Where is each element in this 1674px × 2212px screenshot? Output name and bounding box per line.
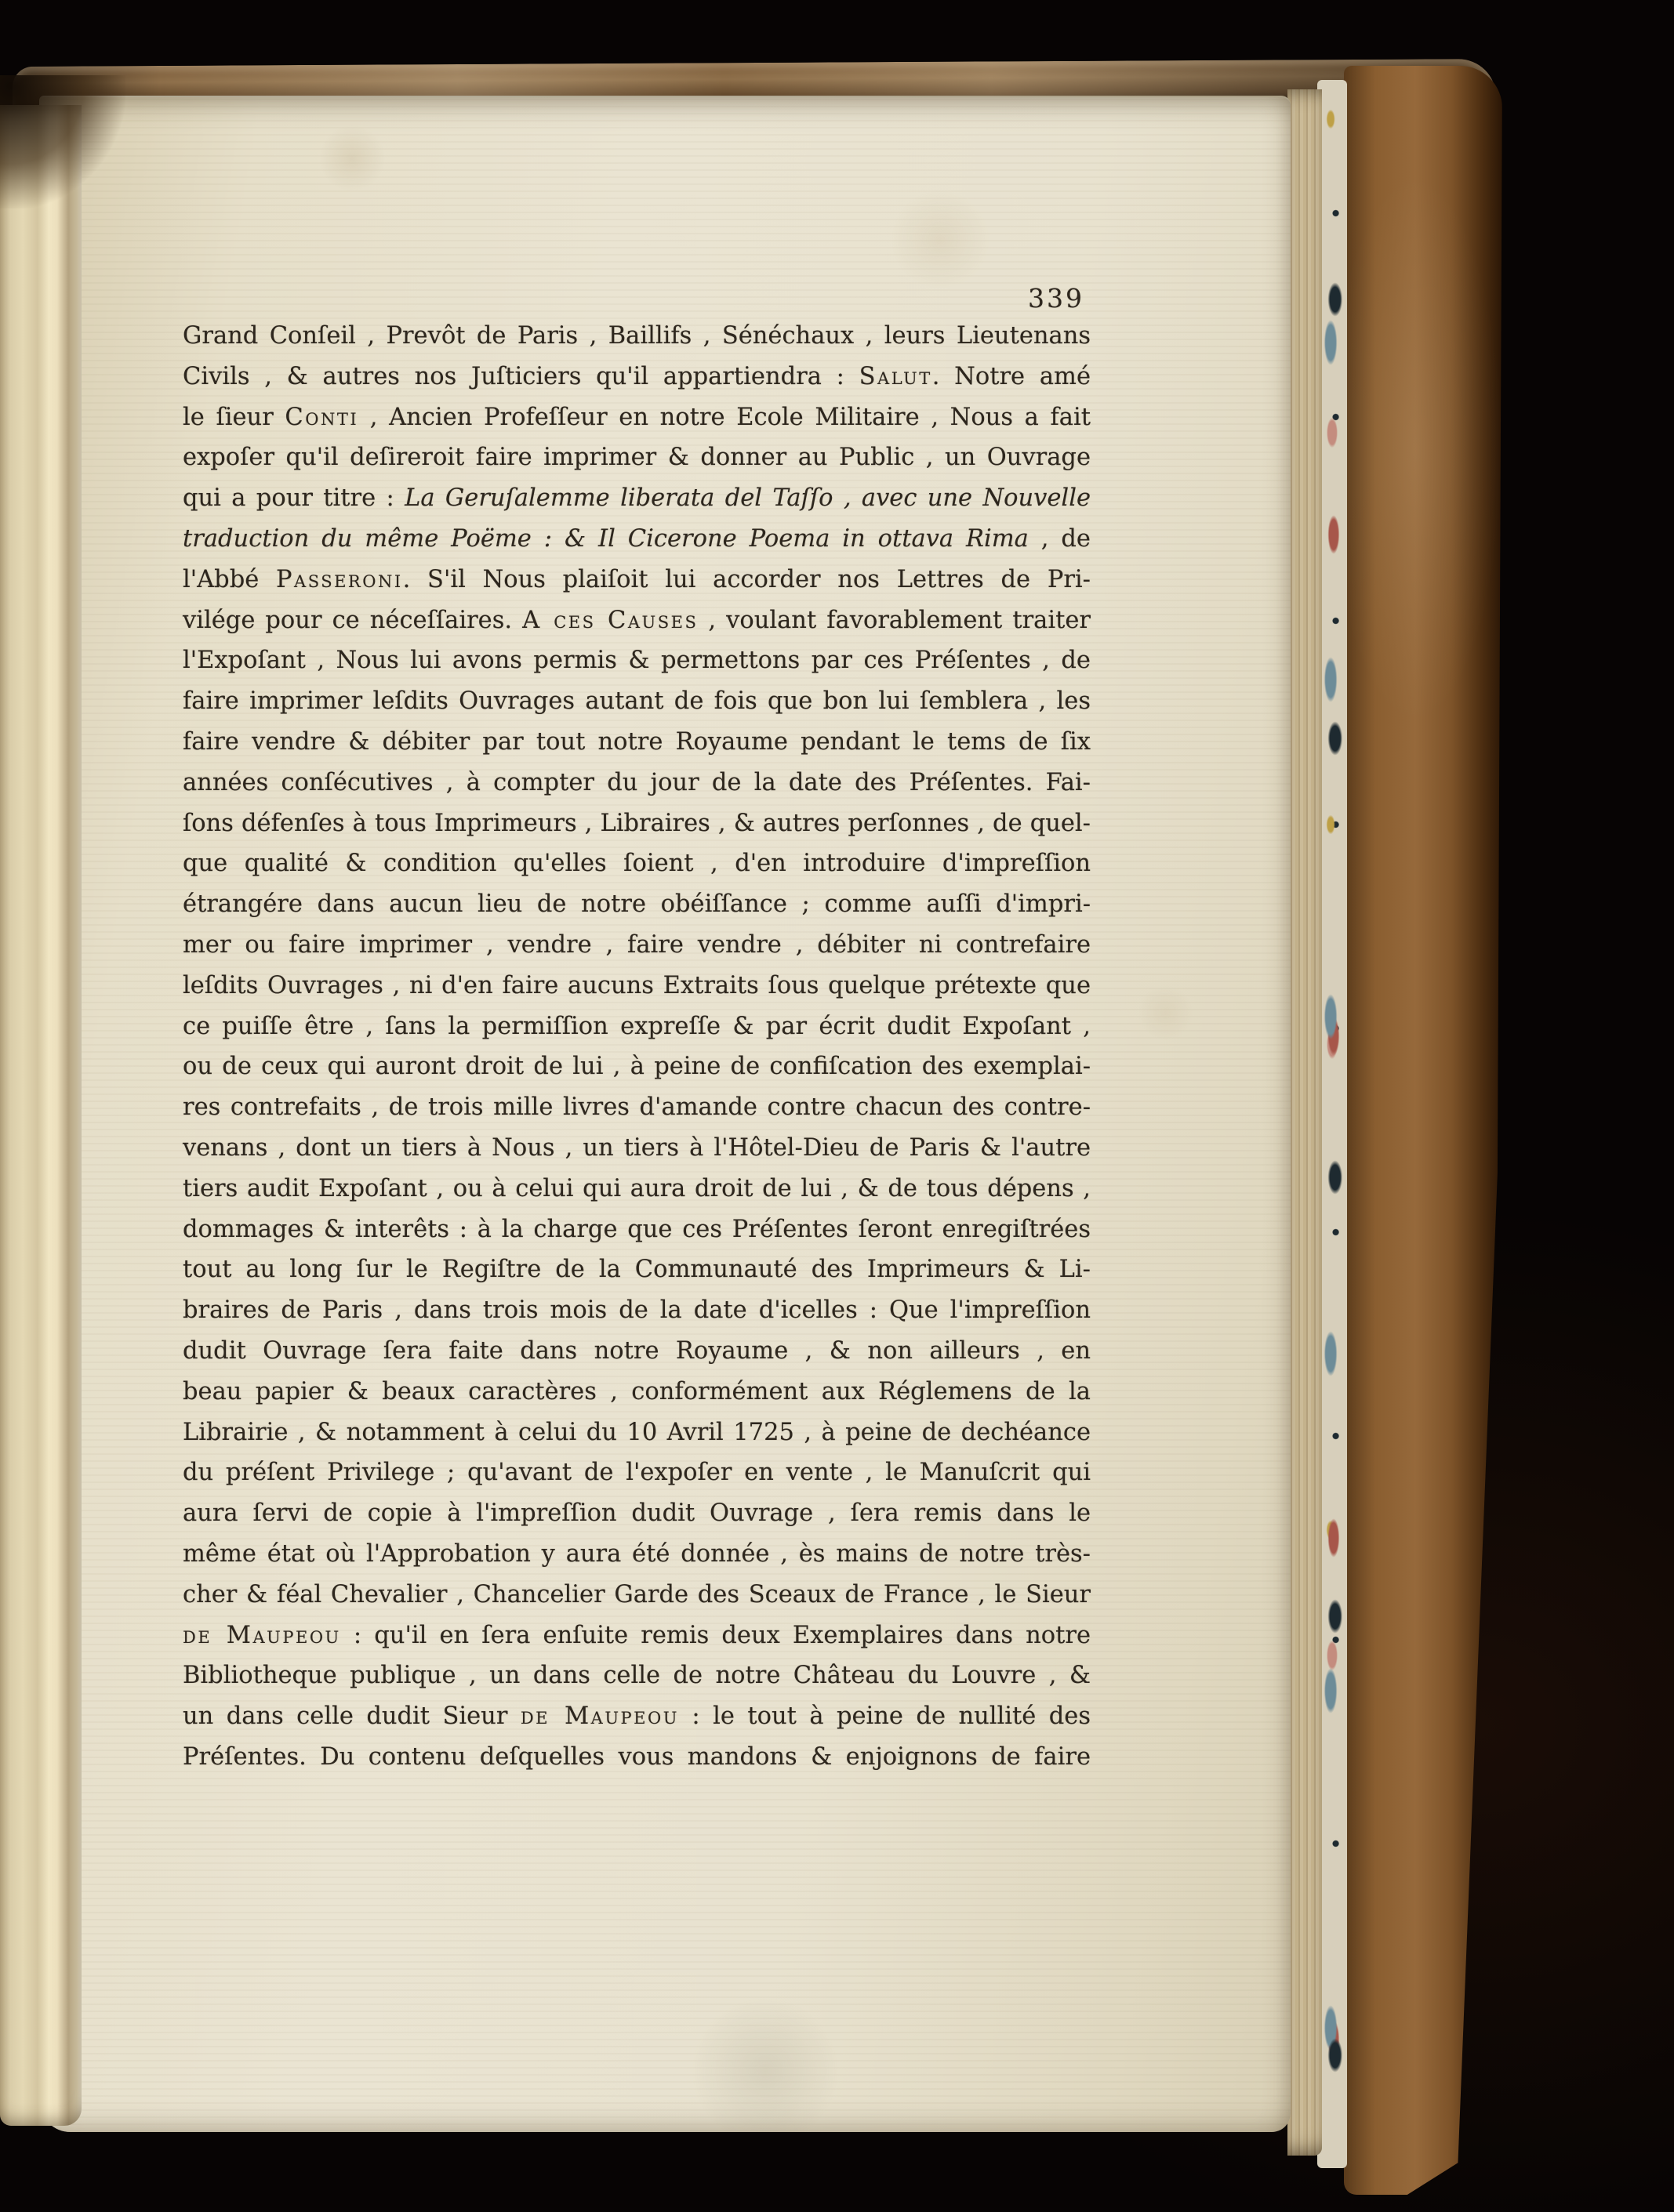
text-segment: dommages & interêts : à la charge que ce… [183, 1216, 1091, 1243]
text-segment: leſdits Ouvrages , ni d'en faire aucuns … [183, 972, 1091, 999]
text-segment: : qu'il en ſera enſuite remis deux Exemp… [341, 1622, 1091, 1649]
text-segment: de Maupeou [521, 1703, 679, 1730]
text-segment: Librairie , & notamment à celui du 10 Av… [183, 1419, 1091, 1446]
text-line: du préſent Privilege ; qu'avant de l'exp… [183, 1452, 1091, 1493]
text-segment: étrangére dans aucun lieu de notre obéiſ… [183, 890, 1091, 918]
text-segment: Préſentes. Du contenu deſquelles vous ma… [183, 1743, 1091, 1771]
text-line: Librairie , & notamment à celui du 10 Av… [183, 1412, 1091, 1453]
text-segment: A ces Causes [522, 607, 698, 634]
book-cover-right-leather [1344, 66, 1502, 2195]
text-line: res contrefaits , de trois mille livres … [183, 1087, 1091, 1128]
text-segment: Civils , & autres nos Juſticiers qu'il a… [183, 363, 859, 390]
text-segment: res contrefaits , de trois mille livres … [183, 1093, 1091, 1121]
text-segment: : le tout à peine de nullité des [679, 1703, 1091, 1730]
text-segment: l'Abbé [183, 566, 276, 593]
text-line: faire imprimer leſdits Ouvrages autant d… [183, 681, 1091, 722]
text-line: vilége pour ce néceſſaires. A ces Causes… [183, 600, 1091, 641]
text-segment: braires de Paris , dans trois mois de la… [183, 1296, 1091, 1324]
text-segment: expoſer qu'il deſireroit faire imprimer … [183, 444, 1091, 471]
text-line: cher & féal Chevalier , Chancelier Garde… [183, 1575, 1091, 1615]
text-segment: . S'il Nous plaiſoit lui accorder nos Le… [403, 566, 1091, 593]
text-segment: mer ou faire imprimer , vendre , faire v… [183, 931, 1091, 959]
text-line: l'Expoſant , Nous lui avons permis & per… [183, 640, 1091, 681]
text-segment: Bibliotheque publique , un dans celle de… [183, 1662, 1091, 1689]
text-block: Grand Conſeil , Prevôt de Paris , Bailli… [183, 316, 1091, 1778]
text-segment: Conti [285, 404, 358, 431]
scan-canvas: { "document": { "page_number": "339", "l… [0, 0, 1674, 2212]
text-segment: vilége pour ce néceſſaires. [183, 607, 522, 634]
text-segment: ſons défenſes à tous Imprimeurs , Librai… [183, 810, 1091, 837]
page-number: 339 [183, 285, 1084, 313]
text-line: l'Abbé Passeroni. S'il Nous plaiſoit lui… [183, 560, 1091, 600]
text-segment: traduction du même Poëme : & Il Cicerone… [183, 525, 1029, 553]
text-segment: faire imprimer leſdits Ouvrages autant d… [183, 687, 1091, 715]
text-line: tout au long ſur le Regiſtre de la Commu… [183, 1249, 1091, 1290]
text-segment: du préſent Privilege ; qu'avant de l'exp… [183, 1459, 1091, 1486]
text-segment: faire vendre & débiter par tout notre Ro… [183, 728, 1091, 756]
text-line: années conſécutives , à compter du jour … [183, 763, 1091, 803]
text-segment: que qualité & condition qu'elles ſoient … [183, 850, 1091, 877]
text-segment: même état où l'Approbation y aura été do… [183, 1540, 1091, 1568]
page-stack-edge [1287, 89, 1322, 2156]
text-line: même état où l'Approbation y aura été do… [183, 1534, 1091, 1575]
text-segment: tout au long ſur le Regiſtre de la Commu… [183, 1256, 1091, 1283]
text-segment: un dans celle dudit Sieur [183, 1703, 521, 1730]
text-segment: ce puiſſe être , ſans la permiſſion expr… [183, 1013, 1091, 1040]
text-line: de Maupeou : qu'il en ſera enſuite remis… [183, 1615, 1091, 1656]
text-segment: beau papier & beaux caractères , conform… [183, 1378, 1091, 1405]
text-segment: dudit Ouvrage ſera faite dans notre Roya… [183, 1337, 1091, 1365]
text-line: dommages & interêts : à la charge que ce… [183, 1209, 1091, 1250]
text-segment: . Notre amé [932, 363, 1091, 390]
text-line: ce puiſſe être , ſans la permiſſion expr… [183, 1006, 1091, 1047]
text-segment: tiers audit Expoſant , ou à celui qui au… [183, 1175, 1091, 1202]
text-segment: cher & féal Chevalier , Chancelier Garde… [183, 1581, 1091, 1608]
text-segment: de Maupeou [183, 1622, 341, 1649]
text-line: ou de ceux qui auront droit de lui , à p… [183, 1046, 1091, 1087]
text-line: aura ſervi de copie à l'impreſſion dudit… [183, 1493, 1091, 1534]
text-segment: , voulant favorablement traiter [698, 607, 1091, 634]
text-line: traduction du même Poëme : & Il Cicerone… [183, 519, 1091, 560]
text-segment: années conſécutives , à compter du jour … [183, 769, 1091, 796]
text-line: qui a pour titre : La Geruſalemme libera… [183, 478, 1091, 519]
text-segment: qui a pour titre : [183, 484, 405, 512]
text-line: beau papier & beaux caractères , conform… [183, 1372, 1091, 1412]
text-line: Grand Conſeil , Prevôt de Paris , Bailli… [183, 316, 1091, 357]
text-line: le ſieur Conti , Ancien Profeſſeur en no… [183, 397, 1091, 438]
text-line: ſons défenſes à tous Imprimeurs , Librai… [183, 803, 1091, 844]
text-line: tiers audit Expoſant , ou à celui qui au… [183, 1169, 1091, 1209]
text-segment: , de [1029, 525, 1091, 553]
gutter-page-fold [0, 105, 82, 2126]
text-line: faire vendre & débiter par tout notre Ro… [183, 722, 1091, 763]
text-segment: Grand Conſeil , Prevôt de Paris , Bailli… [183, 322, 1091, 350]
text-line: dudit Ouvrage ſera faite dans notre Roya… [183, 1331, 1091, 1372]
text-line: un dans celle dudit Sieur de Maupeou : l… [183, 1696, 1091, 1737]
text-line: étrangére dans aucun lieu de notre obéiſ… [183, 884, 1091, 925]
text-line: venans , dont un tiers à Nous , un tiers… [183, 1128, 1091, 1169]
text-segment: venans , dont un tiers à Nous , un tiers… [183, 1134, 1091, 1162]
text-segment: aura ſervi de copie à l'impreſſion dudit… [183, 1499, 1091, 1527]
text-line: mer ou faire imprimer , vendre , faire v… [183, 925, 1091, 966]
text-segment: ou de ceux qui auront droit de lui , à p… [183, 1053, 1091, 1080]
text-line: Préſentes. Du contenu deſquelles vous ma… [183, 1737, 1091, 1778]
text-line: Bibliotheque publique , un dans celle de… [183, 1655, 1091, 1696]
text-line: Civils , & autres nos Juſticiers qu'il a… [183, 357, 1091, 397]
text-segment: Passeroni [276, 566, 403, 593]
text-segment: le ſieur [183, 404, 285, 431]
text-segment: Salut [859, 363, 932, 390]
text-segment: l'Expoſant , Nous lui avons permis & per… [183, 647, 1091, 674]
text-line: leſdits Ouvrages , ni d'en faire aucuns … [183, 966, 1091, 1006]
text-line: expoſer qu'il deſireroit faire imprimer … [183, 437, 1091, 478]
text-segment: La Geruſalemme liberata del Taſſo , avec… [405, 484, 1091, 512]
text-segment: , Ancien Profeſſeur en notre Ecole Milit… [358, 404, 1091, 431]
text-line: que qualité & condition qu'elles ſoient … [183, 843, 1091, 884]
text-line: braires de Paris , dans trois mois de la… [183, 1290, 1091, 1331]
